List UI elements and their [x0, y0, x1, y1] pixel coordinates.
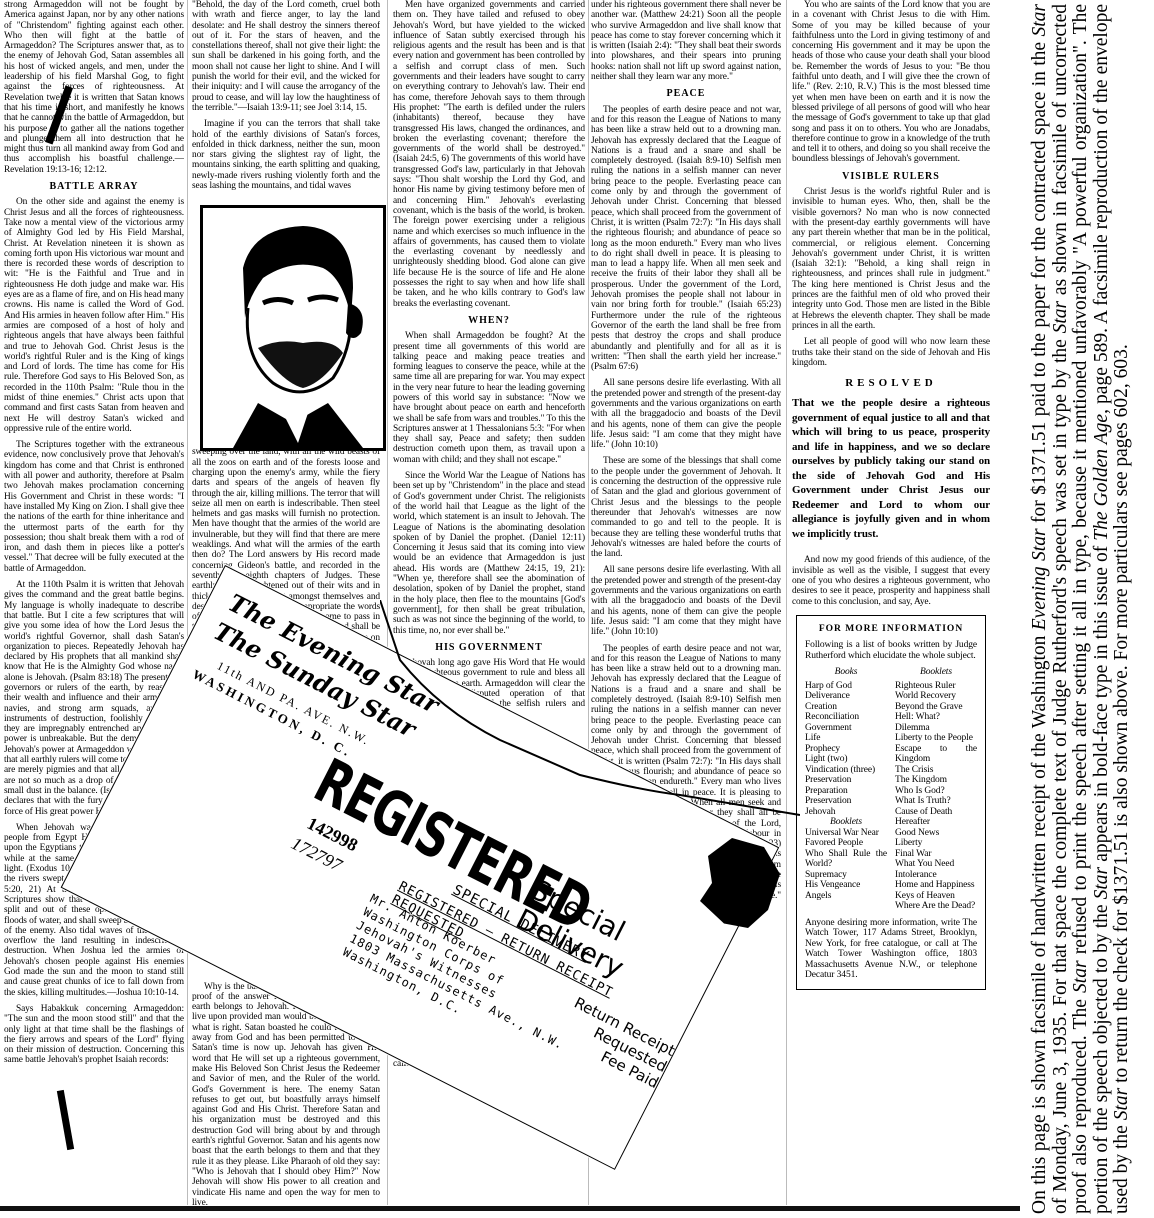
paragraph: Let all people of good will who now lear…: [792, 337, 990, 368]
book-lists: Books Harp of GodDeliveranceCreationReco…: [805, 667, 977, 912]
closing-paragraph: And now my good friends of this audience…: [792, 555, 990, 606]
section-heading-visible-rulers: VISIBLE RULERS: [792, 172, 990, 182]
more-information-box: FOR MORE INFORMATION Following is a list…: [796, 615, 986, 990]
info-box-intro: Following is a list of books written by …: [805, 640, 977, 661]
caption-segment: appears in bold-face type in this issue …: [1091, 541, 1112, 867]
caption-segment: to return the check for $1371.51 is also…: [1111, 344, 1132, 1088]
column-rule: [187, 0, 188, 1205]
portrait-face-icon: [203, 208, 383, 448]
book-title: Righteous Ruler: [895, 681, 977, 692]
booklets-list-right: Righteous RulerWorld RecoveryBeyond the …: [895, 681, 977, 912]
rotated-caption: On this page is shown facsimile of handw…: [1030, 0, 1154, 1218]
booklets-list-left: Universal War NearFavored PeopleWho Shal…: [805, 828, 887, 902]
section-heading-when: WHEN?: [393, 316, 585, 326]
book-title: Angels: [805, 891, 887, 902]
resolved-title: RESOLVED: [792, 378, 990, 388]
paragraph: The Scriptures together with the extrane…: [4, 440, 184, 574]
book-title: Preparation: [805, 786, 887, 797]
book-title: Keys of Heaven: [895, 891, 977, 902]
book-title: Liberty: [895, 838, 977, 849]
bottom-rule: [0, 1206, 1020, 1211]
paragraph: Imagine if you can the terrors that shal…: [192, 119, 380, 191]
column-5: You who are saints of the Lord know that…: [792, 0, 990, 1205]
book-title: Good News: [895, 828, 977, 839]
book-title: Final War: [895, 849, 977, 860]
book-title: Hell: What?: [895, 712, 977, 723]
paragraph: These are some of the blessings that sha…: [591, 456, 781, 559]
caption-segment: The Golden Age: [1091, 414, 1112, 541]
book-title: Escape to the Kingdom: [895, 744, 977, 765]
caption-segment: for $1371.51 paid to the paper for the c…: [1029, 37, 1050, 529]
paragraph: All sane persons desire life everlasting…: [591, 565, 781, 637]
caption-segment: Star: [1050, 301, 1071, 334]
book-title: Preservation: [805, 796, 887, 807]
column-rule: [786, 0, 787, 1205]
section-heading-his-government: HIS GOVERNMENT: [393, 643, 585, 653]
paragraph: Since the World War the League of Nation…: [393, 471, 585, 636]
book-title: Who Shall Rule the World?: [805, 849, 887, 870]
book-title: Dilemma: [895, 723, 977, 734]
book-title: Deliverance: [805, 691, 887, 702]
book-title: Where Are the Dead?: [895, 901, 977, 912]
section-heading-battle-array: BATTLE ARRAY: [4, 182, 184, 192]
book-title: Supremacy: [805, 870, 887, 881]
book-title: His Vengeance: [805, 880, 887, 891]
booklets-subheader: Booklets: [805, 817, 887, 828]
book-title: Preservation: [805, 775, 887, 786]
book-title: Creation: [805, 702, 887, 713]
resolved-text: That we the people desire a righteous go…: [792, 396, 990, 541]
caption-segment: of Monday, June 3, 1935. For that space …: [1050, 333, 1071, 1214]
newspaper-proof-page: strong Armageddon will not be fought by …: [0, 0, 1030, 1218]
book-title: Reconciliation: [805, 712, 887, 723]
paragraph: "Behold, the day of the Lord cometh, cru…: [192, 0, 380, 113]
caption-segment: Star: [1111, 1088, 1132, 1121]
paragraph: Christ Jesus is the world's rightful Rul…: [792, 187, 990, 331]
paragraph: Says Habakkuk concerning Armageddon: "Th…: [4, 1004, 184, 1066]
booklets-column: Booklets Righteous RulerWorld RecoveryBe…: [895, 667, 977, 912]
book-title: What Is Truth?: [895, 796, 977, 807]
book-title: What You Need: [895, 859, 977, 870]
book-title: Jehovah: [805, 807, 887, 818]
paragraph: All sane persons desire life everlasting…: [591, 378, 781, 450]
book-title: Universal War Near: [805, 828, 887, 839]
book-title: Life: [805, 733, 887, 744]
books-column: Books Harp of GodDeliveranceCreationReco…: [805, 667, 887, 912]
paragraph: under his righteous government there sha…: [591, 0, 781, 82]
portrait-photo: [200, 205, 386, 451]
paragraph: strong Armageddon will not be fought by …: [4, 0, 184, 175]
column-1: strong Armageddon will not be fought by …: [4, 0, 184, 1205]
books-list: Harp of GodDeliveranceCreationReconcilia…: [805, 681, 887, 818]
book-title: The Crisis: [895, 765, 977, 776]
book-title: Prophecy: [805, 744, 887, 755]
book-title: Liberty to the People: [895, 733, 977, 744]
caption-segment: On this page is shown facsimile of handw…: [1029, 630, 1050, 1214]
caption-text: On this page is shown facsimile of handw…: [1029, 4, 1132, 1214]
book-title: Hereafter: [895, 817, 977, 828]
book-title: Home and Happiness: [895, 880, 977, 891]
paragraph: You who are saints of the Lord know that…: [792, 0, 990, 165]
book-title: World Recovery: [895, 691, 977, 702]
book-title: Beyond the Grave: [895, 702, 977, 713]
caption-segment: Star: [1070, 960, 1091, 993]
book-title: The Kingdom: [895, 775, 977, 786]
caption-segment: Star: [1091, 867, 1112, 900]
booklets-header: Booklets: [895, 667, 977, 678]
book-title: Light (two): [805, 754, 887, 765]
book-title: Favored People: [805, 838, 887, 849]
paragraph: On the other side and against the enemy …: [4, 197, 184, 434]
info-box-contact: Anyone desiring more information, write …: [805, 918, 977, 981]
book-title: Intolerance: [895, 870, 977, 881]
book-title: Government: [805, 723, 887, 734]
book-title: Who Is God?: [895, 786, 977, 797]
books-header: Books: [805, 667, 887, 678]
book-title: Vindication (three): [805, 765, 887, 776]
caption-segment: Star: [1029, 4, 1050, 37]
section-heading-peace: PEACE: [591, 89, 781, 99]
caption-segment: Evening Star: [1029, 528, 1050, 630]
paragraph: Men have organized governments and carri…: [393, 0, 585, 309]
paragraph: When shall Armageddon be fought? At the …: [393, 331, 585, 465]
info-box-title: FOR MORE INFORMATION: [805, 624, 977, 635]
book-title: Cause of Death: [895, 807, 977, 818]
book-title: Harp of God: [805, 681, 887, 692]
paragraph: The peoples of earth desire peace and no…: [591, 105, 781, 373]
